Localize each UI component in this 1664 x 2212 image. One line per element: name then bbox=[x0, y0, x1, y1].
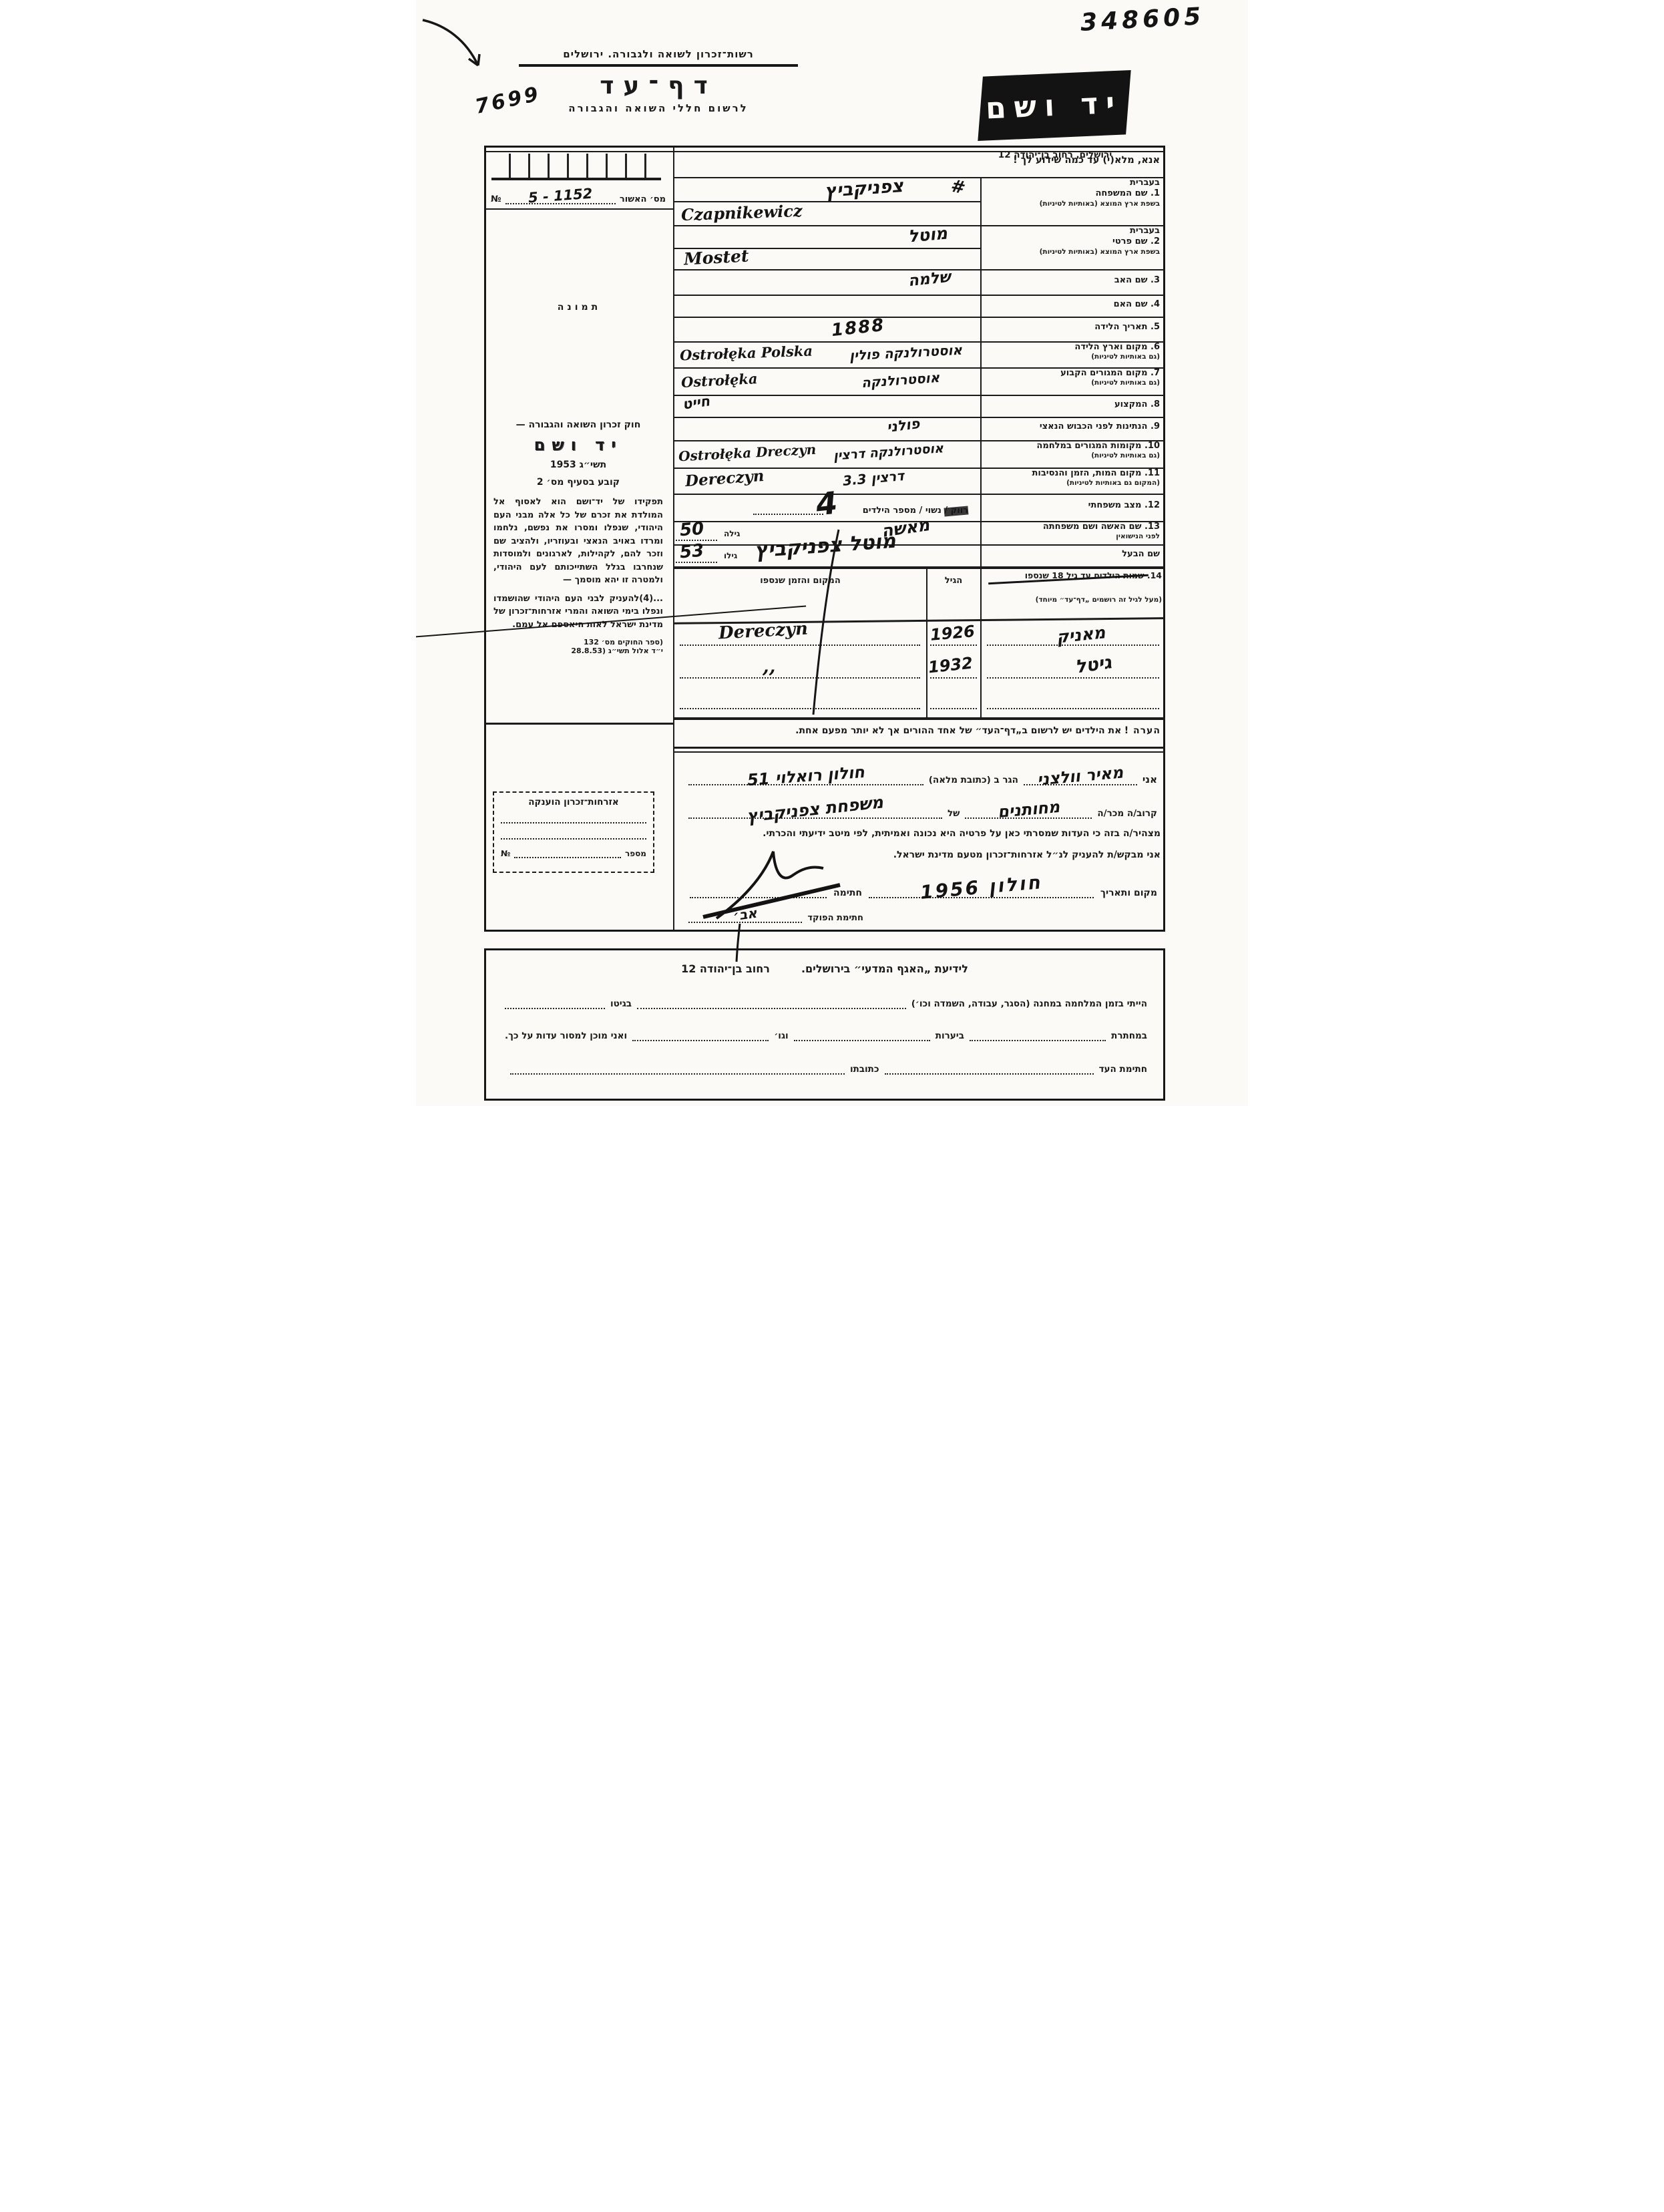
witness-signature-stroke bbox=[700, 838, 867, 932]
etc-label: וגו׳ bbox=[774, 1031, 788, 1041]
approval-underline bbox=[485, 208, 673, 210]
law-year: תשי״ג 1953 bbox=[493, 459, 663, 470]
law-paragraph-2: ‏...(4)להעניק לבני העם היהודי שהושמדו ונ… bbox=[493, 592, 663, 632]
field-row-mother-name: 4. שם האם bbox=[674, 295, 1165, 318]
husband-age-handwritten: 53 bbox=[679, 542, 704, 561]
children-row3-line-name bbox=[987, 708, 1159, 709]
birth-year-handwritten: 1888 bbox=[831, 317, 886, 339]
fill-in-instruction: אנא, מלא(י) עד כמה שידוע לך ! bbox=[978, 155, 1164, 166]
field-row-permanent-residence: 7. מקום המגורים הקבוע (גם באותיות לטיניו… bbox=[674, 367, 1165, 396]
field-row-husband-name: שם הבעל 53 גילו מוטל צפניקביץ bbox=[674, 544, 1165, 569]
marital-option-married: נשוי bbox=[925, 506, 942, 516]
of-label: של bbox=[948, 808, 960, 819]
footer-underground-row: במחתרת ביערות וגו׳ ואני מוכן למסור עדות … bbox=[505, 1024, 1147, 1041]
children-row2-line-name bbox=[987, 677, 1159, 679]
law-paragraph-1: תפקידו של יד־ושם הוא לאסוף אל המולדת את … bbox=[493, 496, 663, 587]
field-label-5: 5. תאריך הלידה bbox=[983, 322, 1160, 333]
hebrew-label-2: בעברית bbox=[983, 226, 1160, 236]
logo-text: יד ושם bbox=[985, 85, 1123, 126]
field-answer-cell-5: 1888 bbox=[674, 317, 980, 341]
approval-number-row: מס׳ האשור 1152 - 5 № bbox=[491, 186, 666, 204]
field-sublabel-6: (גם באותיות לטיניות) bbox=[983, 353, 1160, 361]
field-label-4: 4. שם האם bbox=[983, 299, 1160, 310]
law-reference-line1: (ספר החוקים מס׳ 132 bbox=[493, 638, 663, 647]
hebrew-label-1: בעברית bbox=[983, 178, 1160, 188]
camp-label: הייתי בזמן המלחמה במחנה (הסגר, עבודה, הש… bbox=[911, 998, 1147, 1009]
children-col-divider-names-age bbox=[980, 566, 982, 717]
field-label-cell-husband: שם הבעל bbox=[980, 544, 1165, 566]
field-answer-cell-6: Ostrołęka Polska אוסטרולנקה פולין bbox=[674, 341, 980, 367]
child2-place-ditto: ,, bbox=[763, 657, 776, 676]
children-row3-line-age bbox=[930, 708, 977, 709]
witness-address-blank bbox=[510, 1073, 845, 1075]
form-title: דף־עד bbox=[515, 72, 802, 100]
forests-label: ביערות bbox=[935, 1031, 964, 1041]
field-label-cell-8: 8. המקצוע bbox=[980, 395, 1165, 417]
field-answer-cell-9: פולני bbox=[674, 417, 980, 440]
field-label-1: 1. שם המשפחה bbox=[983, 188, 1160, 199]
field-label-11: 11. מקום המות, הזמן והנסיבות bbox=[983, 468, 1160, 479]
children-row1-line-age bbox=[930, 644, 977, 646]
field-answer-cell-10: Ostrołęka Dreczyn אוסטרולנקה דרצין bbox=[674, 440, 980, 468]
family-name-hebrew-handwritten: צפניקביץ bbox=[824, 177, 903, 200]
field-label-12: 12. מצב משפחתי bbox=[983, 500, 1160, 511]
citizenship-handwritten: פולני bbox=[886, 417, 921, 435]
archive-number-handwritten: 348605 bbox=[1080, 5, 1205, 35]
underground-blank bbox=[970, 1040, 1106, 1041]
field-row-father-name: 3. שם האב שלמה bbox=[674, 269, 1165, 296]
wife-age-handwritten: 50 bbox=[679, 520, 704, 539]
child1-name-handwritten: מאניק bbox=[1056, 624, 1106, 646]
grant-box-blank-1 bbox=[501, 807, 646, 823]
footer-title-row: לידיעת „האגף המדעי״ בירושלים. רחוב בן־יה… bbox=[486, 962, 1163, 975]
footer-witness-signature-row: חתימת העד כתובתו bbox=[505, 1057, 1147, 1075]
field-label-2: 2. שם פרטי bbox=[983, 236, 1160, 247]
grant-box-blank-2 bbox=[501, 823, 646, 840]
declaration-identity-row: אני מאיר וולצני הגר ב (כתובת מלאה) חולון… bbox=[683, 761, 1157, 785]
field-row-birth-place: 6. מקום וארץ הלידה (גם באותיות לטיניות) … bbox=[674, 341, 1165, 369]
first-name-hebrew-handwritten: מוטל bbox=[907, 224, 948, 244]
forests-blank bbox=[794, 1040, 930, 1041]
husband-age-label: גילו bbox=[724, 551, 737, 560]
ghetto-blank bbox=[505, 1008, 605, 1009]
declarant-name-blank: מאיר וולצני bbox=[1024, 768, 1137, 785]
witness-address-label: כתובתו bbox=[850, 1064, 879, 1075]
ruler-strip bbox=[491, 154, 661, 180]
header-rule bbox=[519, 64, 798, 67]
relation-handwritten: מחותנים bbox=[997, 799, 1060, 820]
children-row2-line-age bbox=[930, 677, 977, 679]
field-sublabel-13: לפני הנישואין bbox=[983, 532, 1160, 541]
declarant-name-handwritten: מאיר וולצני bbox=[1036, 764, 1124, 787]
underground-label: במחתרת bbox=[1111, 1031, 1147, 1041]
field-row-birth-date: 5. תאריך הלידה 1888 bbox=[674, 317, 1165, 343]
field-answer-cell-2: מוטל Mostet bbox=[674, 225, 980, 269]
field-label-cell-4: 4. שם האם bbox=[980, 295, 1165, 317]
child2-name-handwritten: גיטל bbox=[1074, 653, 1112, 676]
etc-blank bbox=[632, 1040, 769, 1041]
yad-vashem-logo: יד ושם bbox=[978, 70, 1130, 141]
scientific-branch-box: לידיעת „האגף המדעי״ בירושלים. רחוב בן־יה… bbox=[484, 948, 1165, 1101]
residence-hebrew-handwritten: אוסטרולנקה bbox=[861, 371, 940, 389]
pen-scribble-top-left bbox=[419, 13, 519, 73]
declarant-address-handwritten: חולון רואלוי 51 bbox=[747, 764, 865, 788]
numero-symbol: № bbox=[491, 194, 501, 204]
memorial-citizenship-grant-box: אזרחות־זכרון הוענקה מספר № bbox=[493, 791, 654, 873]
field-answer-cell-7: Ostrołęka אוסטרולנקה bbox=[674, 367, 980, 395]
place-date-blank: חולון 1956 bbox=[869, 878, 1094, 898]
witness-signature-blank bbox=[885, 1073, 1094, 1075]
resident-label: הגר ב (כתובת מלאה) bbox=[929, 775, 1018, 785]
authority-line: רשות־זכרון לשואה ולגבורה. ירושלים bbox=[515, 48, 802, 60]
profession-handwritten: חייט bbox=[682, 394, 711, 412]
form-subtitle: לרשום חללי השואה והגבורה bbox=[515, 102, 802, 114]
field-sublabel-1: בשפת ארץ המוצא (באותיות לטיניות) bbox=[983, 200, 1160, 208]
grant-number-label: מספר bbox=[625, 849, 646, 858]
field-row-wartime-residence: 10. מקומות המגורים במלחמה (גם באותיות לט… bbox=[674, 440, 1165, 469]
family-name-strike-mark: # bbox=[949, 177, 964, 196]
field-label-9: 9. הנתינות לפני הכבוש הנאצי bbox=[983, 421, 1160, 432]
photo-placeholder-label: תמונה bbox=[485, 302, 673, 313]
footer-camp-row: הייתי בזמן המלחמה במחנה (הסגר, עבודה, הש… bbox=[505, 992, 1147, 1009]
field-label-13: 13. שם האשה ושם משפחתה bbox=[983, 522, 1160, 532]
remark-label: הערה ! bbox=[1124, 725, 1161, 736]
field-label-cell-6: 6. מקום וארץ הלידה (גם באותיות לטיניות) bbox=[980, 341, 1165, 367]
field-label-cell-11: 11. מקום המות, הזמן והנסיבות (המקום גם ב… bbox=[980, 468, 1165, 494]
relation-label: קרוב/ה מכר/ה bbox=[1097, 808, 1157, 819]
marital-option-children-count: מספר הילדים bbox=[863, 506, 916, 516]
husband-label: שם הבעל bbox=[983, 549, 1160, 560]
field-label-cell-1: בעברית 1. שם המשפחה בשפת ארץ המוצא (באות… bbox=[980, 177, 1165, 225]
field-answer-cell-3: שלמה bbox=[674, 269, 980, 295]
children-section-note: (מעל לגיל זה רושמים „דף־עד״ מיוחד) bbox=[986, 596, 1162, 604]
child1-place-handwritten: Dereczyn bbox=[718, 620, 808, 642]
children-row3-line-place bbox=[680, 708, 920, 709]
sidebar-bottom-rule bbox=[485, 723, 673, 725]
law-reference-line2: י״ד אלול תשי״ג (28.8.53 bbox=[493, 647, 663, 655]
children-count-blank bbox=[753, 514, 823, 515]
child2-age-handwritten: 1932 bbox=[927, 655, 974, 676]
approval-number-label: מס׳ האשור bbox=[620, 194, 666, 204]
field-label-cell-12: 12. מצב משפחתי bbox=[980, 494, 1165, 521]
declaration-relation-row: קרוב/ה מכר/ה מחותנים של משפחת צפניקביץ bbox=[683, 795, 1157, 819]
death-place-latin-handwritten: Dereczyn bbox=[684, 468, 765, 489]
wartime-residence-hebrew-handwritten: אוסטרולנקה דרצין bbox=[833, 442, 944, 462]
place-date-handwritten: חולון 1956 bbox=[919, 873, 1042, 902]
field-label-cell-7: 7. מקום המגורים הקבוע (גם באותיות לטיניו… bbox=[980, 367, 1165, 395]
field-label-10: 10. מקומות המגורים במלחמה bbox=[983, 441, 1160, 451]
marital-separator-2: / bbox=[919, 506, 923, 516]
relation-blank: מחותנים bbox=[965, 801, 1092, 819]
field-answer-cell-8: חייט bbox=[674, 395, 980, 417]
field-label-cell-13: 13. שם האשה ושם משפחתה לפני הנישואין bbox=[980, 521, 1165, 544]
field-row-profession: 8. המקצוע חייט bbox=[674, 395, 1165, 418]
daf-ed-testimony-page: 348605 רשות־זכרון לשואה ולגבורה. ירושלים… bbox=[416, 0, 1248, 1106]
remark-text: את הילדים יש לרשום ב„דף־העד״ של אחד ההור… bbox=[795, 725, 1121, 736]
grant-box-title: אזרחות־זכרון הוענקה bbox=[501, 797, 646, 807]
form-header: רשות־זכרון לשואה ולגבורה. ירושלים דף־עד … bbox=[515, 48, 802, 114]
field-label-cell-5: 5. תאריך הלידה bbox=[980, 317, 1165, 341]
field-answer-cell-12: רווק / נשוי / מספר הילדים 4 bbox=[674, 494, 980, 521]
field-label-cell-2: בעברית 2. שם פרטי בשפת ארץ המוצא (באותיו… bbox=[980, 225, 1165, 269]
field-label-3: 3. שם האב bbox=[983, 275, 1160, 286]
field-sublabel-11: (המקום גם באותיות לטיניות) bbox=[983, 479, 1160, 488]
birth-place-latin-handwritten: Ostrołęka Polska bbox=[680, 344, 813, 363]
wartime-residence-latin-handwritten: Ostrołęka Dreczyn bbox=[678, 443, 817, 464]
main-box-inner-top-line bbox=[485, 151, 1164, 152]
husband-age-blank bbox=[676, 562, 717, 563]
law-logo-text: יד ושם bbox=[493, 435, 663, 454]
wife-age-label: גילה bbox=[724, 529, 740, 538]
testify-label: ואני מוכן למסור עדות על כך. bbox=[505, 1031, 627, 1041]
remark-double-line-1 bbox=[674, 747, 1165, 749]
remark-double-line-2 bbox=[674, 751, 1165, 753]
field-label-cell-10: 10. מקומות המגורים במלחמה (גם באותיות לט… bbox=[980, 440, 1165, 468]
field-row-first-name: בעברית 2. שם פרטי בשפת ארץ המוצא (באותיו… bbox=[674, 225, 1165, 270]
law-title: חוק זכרון השואה והגבורה — bbox=[493, 419, 663, 430]
field-row-citizenship: 9. הנתינות לפני הכבוש הנאצי פולני bbox=[674, 417, 1165, 441]
camp-blank bbox=[637, 1008, 906, 1009]
field-label-cell-3: 3. שם האב bbox=[980, 269, 1165, 295]
children-col-age-header: הגיל bbox=[926, 576, 981, 586]
field-row-family-name: בעברית 1. שם המשפחה בשפת ארץ המוצא (באות… bbox=[674, 177, 1165, 226]
family-name-latin-handwritten: Czapnikewicz bbox=[681, 203, 803, 223]
grant-box-number-row: מספר № bbox=[501, 845, 646, 858]
ghetto-label: בגיטו bbox=[610, 998, 632, 1009]
death-place-hebrew-handwritten: דרצין 3.3 bbox=[842, 469, 904, 488]
children-col-divider-age-place bbox=[926, 566, 927, 717]
field-sublabel-10: (גם באותיות לטיניות) bbox=[983, 451, 1160, 460]
field-label-8: 8. המקצוע bbox=[983, 399, 1160, 410]
field-row-wife-name: 13. שם האשה ושם משפחתה לפני הנישואין 50 … bbox=[674, 521, 1165, 546]
child1-age-handwritten: 1926 bbox=[929, 623, 976, 643]
field-answer-cell-1: צפניקביץ # Czapnikewicz bbox=[674, 177, 980, 225]
children-count-handwritten: 4 bbox=[815, 487, 839, 520]
approval-number-handwritten: 1152 - 5 bbox=[528, 187, 593, 206]
footer-title-main: לידיעת „האגף המדעי״ בירושלים. bbox=[801, 962, 968, 975]
footer-title-address: רחוב בן־יהודה 12 bbox=[681, 962, 770, 975]
children-col-place-header: המקום והזמן שנספו bbox=[674, 576, 926, 586]
father-name-handwritten: שלמה bbox=[907, 270, 952, 290]
witness-signature-label: חתימת העד bbox=[1099, 1064, 1147, 1075]
grant-numero-symbol: № bbox=[501, 849, 510, 858]
approval-number-blank: 1152 - 5 bbox=[505, 189, 616, 204]
remark-row: הערה ! את הילדים יש לרשום ב„דף־העד״ של א… bbox=[680, 725, 1161, 736]
declaration-statement: מצהיר/ה בזה כי העדות שמסרתי כאן על פרטיה… bbox=[680, 828, 1161, 839]
field-sublabel-7: (גם באותיות לטיניות) bbox=[983, 379, 1160, 387]
children-row1-line-place bbox=[680, 644, 920, 646]
declarant-i-label: אני bbox=[1142, 773, 1157, 785]
declarant-address-blank: חולון רואלוי 51 bbox=[688, 768, 923, 785]
children-table: המקום והזמן שנספו הגיל 14. שמות הילדים ע… bbox=[674, 566, 1165, 720]
field-label-6: 6. מקום וארץ הלידה bbox=[983, 342, 1160, 353]
place-date-label: מקום ותאריך bbox=[1100, 888, 1157, 898]
field-row-death-place: 11. מקום המות, הזמן והנסיבות (המקום גם ב… bbox=[674, 468, 1165, 495]
residence-latin-handwritten: Ostrołęka bbox=[681, 371, 758, 389]
field-label-cell-9: 9. הנתינות לפני הכבוש הנאצי bbox=[980, 417, 1165, 440]
family-blank: משפחת צפניקביץ bbox=[688, 801, 942, 819]
field-answer-cell-4 bbox=[674, 295, 980, 317]
grant-number-blank bbox=[514, 857, 621, 858]
children-row2-line-place bbox=[680, 677, 920, 679]
first-name-latin-handwritten: Mostet bbox=[683, 247, 749, 267]
birth-place-hebrew-handwritten: אוסטרולנקה פולין bbox=[849, 343, 963, 363]
field-sublabel-2: בשפת ארץ המוצא (באותיות לטיניות) bbox=[983, 248, 1160, 256]
field-label-7: 7. מקום המגורים הקבוע bbox=[983, 368, 1160, 379]
pen-tail-stroke bbox=[808, 526, 848, 720]
law-clause: קובע בסעיף מס׳ 2 bbox=[493, 477, 663, 488]
